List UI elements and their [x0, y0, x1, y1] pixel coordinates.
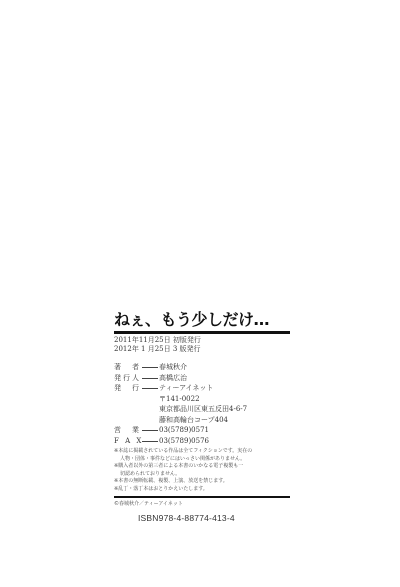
book-title: ねぇ、もう少しだけ… [114, 311, 290, 329]
leader-dash [142, 441, 158, 442]
legal-notes: ※本誌に掲載されている作品は全てフィクションです。実在の 人物・団体・事件などに… [114, 448, 290, 493]
publication-dates: 2011年11月25日 初版発行 2012年 1 月25日 3 版発行 [114, 336, 290, 354]
leader-dash [142, 367, 158, 368]
credit-value: ティーアイネット [159, 383, 213, 394]
contact-sales: 営 業 03(5789)0571 [114, 425, 290, 436]
contact-value: 03(5789)0571 [159, 425, 209, 436]
note-line: 人物・団体・事件などにはいっさい関係がありません。 [114, 456, 290, 464]
colophon: ねぇ、もう少しだけ… 2011年11月25日 初版発行 2012年 1 月25日… [114, 311, 290, 523]
first-edition-date: 2011年11月25日 初版発行 [114, 336, 290, 345]
credit-publisher-person: 発行人 高橋広治 [114, 373, 290, 384]
contact-value: 03(5789)0576 [159, 436, 209, 447]
note-line: 切認められておりません。 [114, 471, 290, 479]
address-line-2: 藤和高輪台コープ404 [114, 415, 290, 426]
title-divider [114, 331, 290, 334]
note-line: ※本誌に掲載されている作品は全てフィクションです。実在の [114, 448, 290, 456]
note-line: ※乱丁・落丁本はおとりかえいたします。 [114, 486, 290, 494]
bottom-divider [114, 496, 290, 498]
credit-label: 発行人 [114, 373, 142, 384]
contact-label: 営 業 [114, 425, 142, 436]
leader-dash [142, 430, 158, 431]
note-line: ※購入者以外の第三者による本書のいかなる電子複製も一 [114, 463, 290, 471]
third-edition-date: 2012年 1 月25日 3 版発行 [114, 345, 290, 354]
credits: 著 者 春城秋介 発行人 高橋広治 発 行 ティーアイネット 〒141-0022… [114, 362, 290, 446]
address-line-1: 東京都品川区東五反田4-6-7 [114, 404, 290, 415]
copyright: ©春城秋介／ティーアイネット [114, 501, 290, 508]
leader-dash [142, 388, 158, 389]
postal-code: 〒141-0022 [114, 394, 290, 405]
note-line: ※本書の無断転載、複製、上演、放送を禁じます。 [114, 478, 290, 486]
credit-value: 春城秋介 [159, 362, 187, 373]
credit-publisher: 発 行 ティーアイネット [114, 383, 290, 394]
contact-label: F A X [114, 436, 142, 447]
leader-dash [142, 378, 158, 379]
isbn: ISBN978-4-88774-413-4 [138, 513, 290, 523]
credit-label: 著 者 [114, 362, 142, 373]
contact-fax: F A X 03(5789)0576 [114, 436, 290, 447]
credit-label: 発 行 [114, 383, 142, 394]
credit-author: 著 者 春城秋介 [114, 362, 290, 373]
credit-value: 高橋広治 [159, 373, 187, 384]
